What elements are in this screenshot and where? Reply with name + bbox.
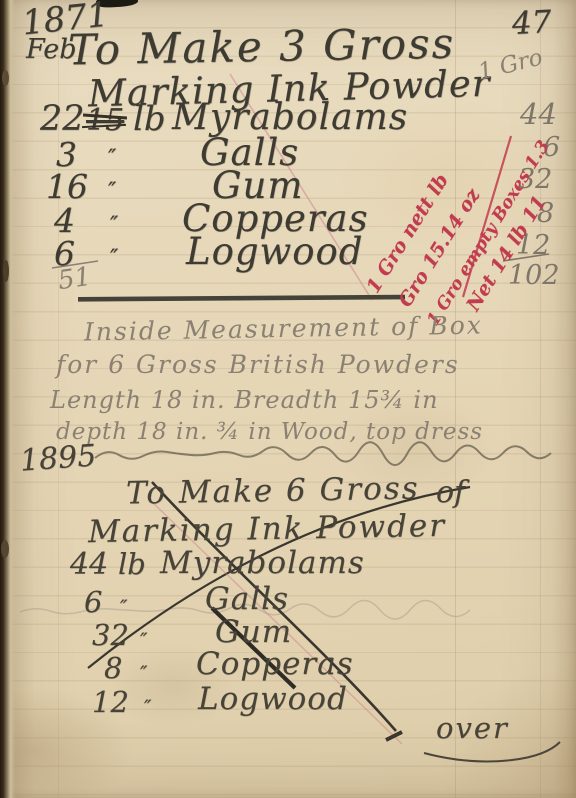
ditto-mark: ″ (120, 597, 127, 617)
unit: lb (133, 102, 166, 136)
qty: 4 (54, 204, 75, 237)
box-note-line4: depth 18 in. ¾ in Wood, top dress (56, 421, 483, 444)
ditto-mark: ″ (108, 181, 116, 203)
qty: 32 (92, 621, 129, 650)
qty: 22 (40, 102, 85, 137)
year-1895: 1895 (19, 441, 97, 476)
recipe-1895-title-suffix: of (436, 478, 465, 508)
folio-number: 47 (511, 7, 552, 40)
ingredient-name: Copperas (196, 649, 354, 680)
arrow-dash (386, 732, 402, 740)
amount-total: 102 (508, 262, 560, 289)
ditto-mark: ″ (140, 630, 147, 650)
box-note-line3: Length 18 in. Breadth 15¾ in (50, 388, 439, 412)
qty-struck-out: 15 (86, 103, 124, 138)
total-rule (78, 295, 405, 302)
amount-column-note: 1 Gro (476, 46, 545, 84)
squiggle-line (95, 442, 551, 465)
ditto-mark: ″ (110, 215, 118, 237)
ditto-mark: ″ (108, 148, 116, 170)
box-note-line2: for 6 Gross British Powders (56, 352, 460, 377)
unit: lb (118, 550, 146, 579)
ingredient-name: Myrabolams (160, 548, 365, 579)
ingredient-name: Galls (205, 584, 289, 615)
amount: 44 (520, 100, 557, 129)
ditto-mark: ″ (144, 697, 151, 717)
qty-total: 51 (56, 264, 92, 294)
ingredient-name: Logwood (198, 684, 348, 715)
over-note: over (436, 714, 509, 743)
qty: 8 (104, 654, 122, 683)
ditto-mark: ″ (140, 663, 147, 683)
ditto-mark: ″ (110, 248, 118, 270)
recipe-1895-title-line1: To Make 6 Gross (126, 473, 420, 509)
binding-edge (0, 0, 15, 798)
ledger-page: 1871 47 Feb To Make 3 Gross Marking Ink … (0, 0, 576, 798)
recipe-1895-title-line2: Marking Ink Powder (88, 511, 447, 548)
amount-column-rule (455, 0, 456, 798)
qty: 6 (84, 588, 102, 617)
ingredient-name: Gum (215, 617, 292, 648)
qty: 16 (46, 170, 88, 203)
ingredient-name: Logwood (186, 233, 363, 270)
box-note-line1: Inside Measurement of Box (84, 313, 483, 345)
qty: 12 (92, 688, 129, 717)
qty: 44 (70, 550, 108, 580)
